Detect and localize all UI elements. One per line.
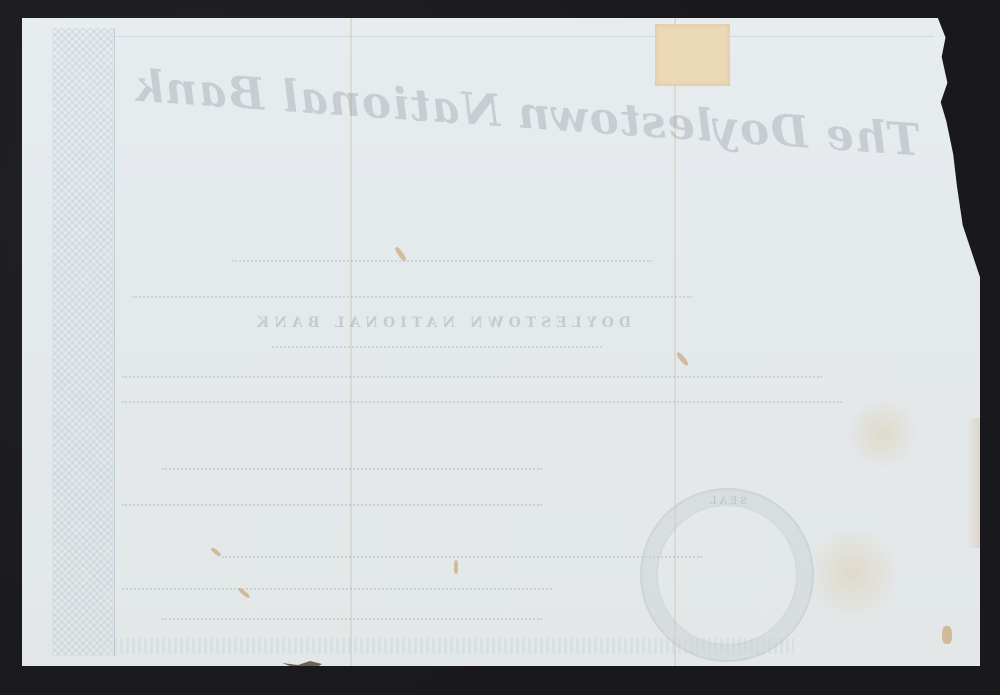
ghost-script-line (122, 494, 542, 506)
paper-repair-patch (655, 24, 730, 86)
ghost-script-line (162, 458, 542, 470)
mirrored-bank-title: The Doylestown National Bank (131, 61, 922, 167)
rust-stain (942, 626, 952, 644)
ghost-script-line (132, 286, 692, 298)
ink-stain (454, 560, 458, 574)
document-sheet: The Doylestown National Bank DOYLESTOWN … (22, 18, 980, 666)
ghost-script-line (122, 391, 842, 403)
ghost-script-line (122, 366, 822, 378)
mirrored-bank-subtitle: DOYLESTOWN NATIONAL BANK (252, 315, 631, 331)
ghost-script-line (232, 250, 652, 262)
top-border-line (114, 28, 934, 37)
seal-text: SEAL (642, 496, 812, 507)
foxing-spot (802, 528, 902, 618)
ghost-script-line (222, 546, 702, 558)
embossed-seal: SEAL (640, 488, 814, 662)
ghost-script-line (122, 578, 552, 590)
foxing-spot (842, 398, 922, 468)
ghost-script-line (272, 336, 602, 348)
ink-stain (675, 351, 689, 366)
ink-stain (210, 547, 222, 558)
ornamental-left-border (52, 28, 115, 656)
ghost-script-line (162, 608, 542, 620)
